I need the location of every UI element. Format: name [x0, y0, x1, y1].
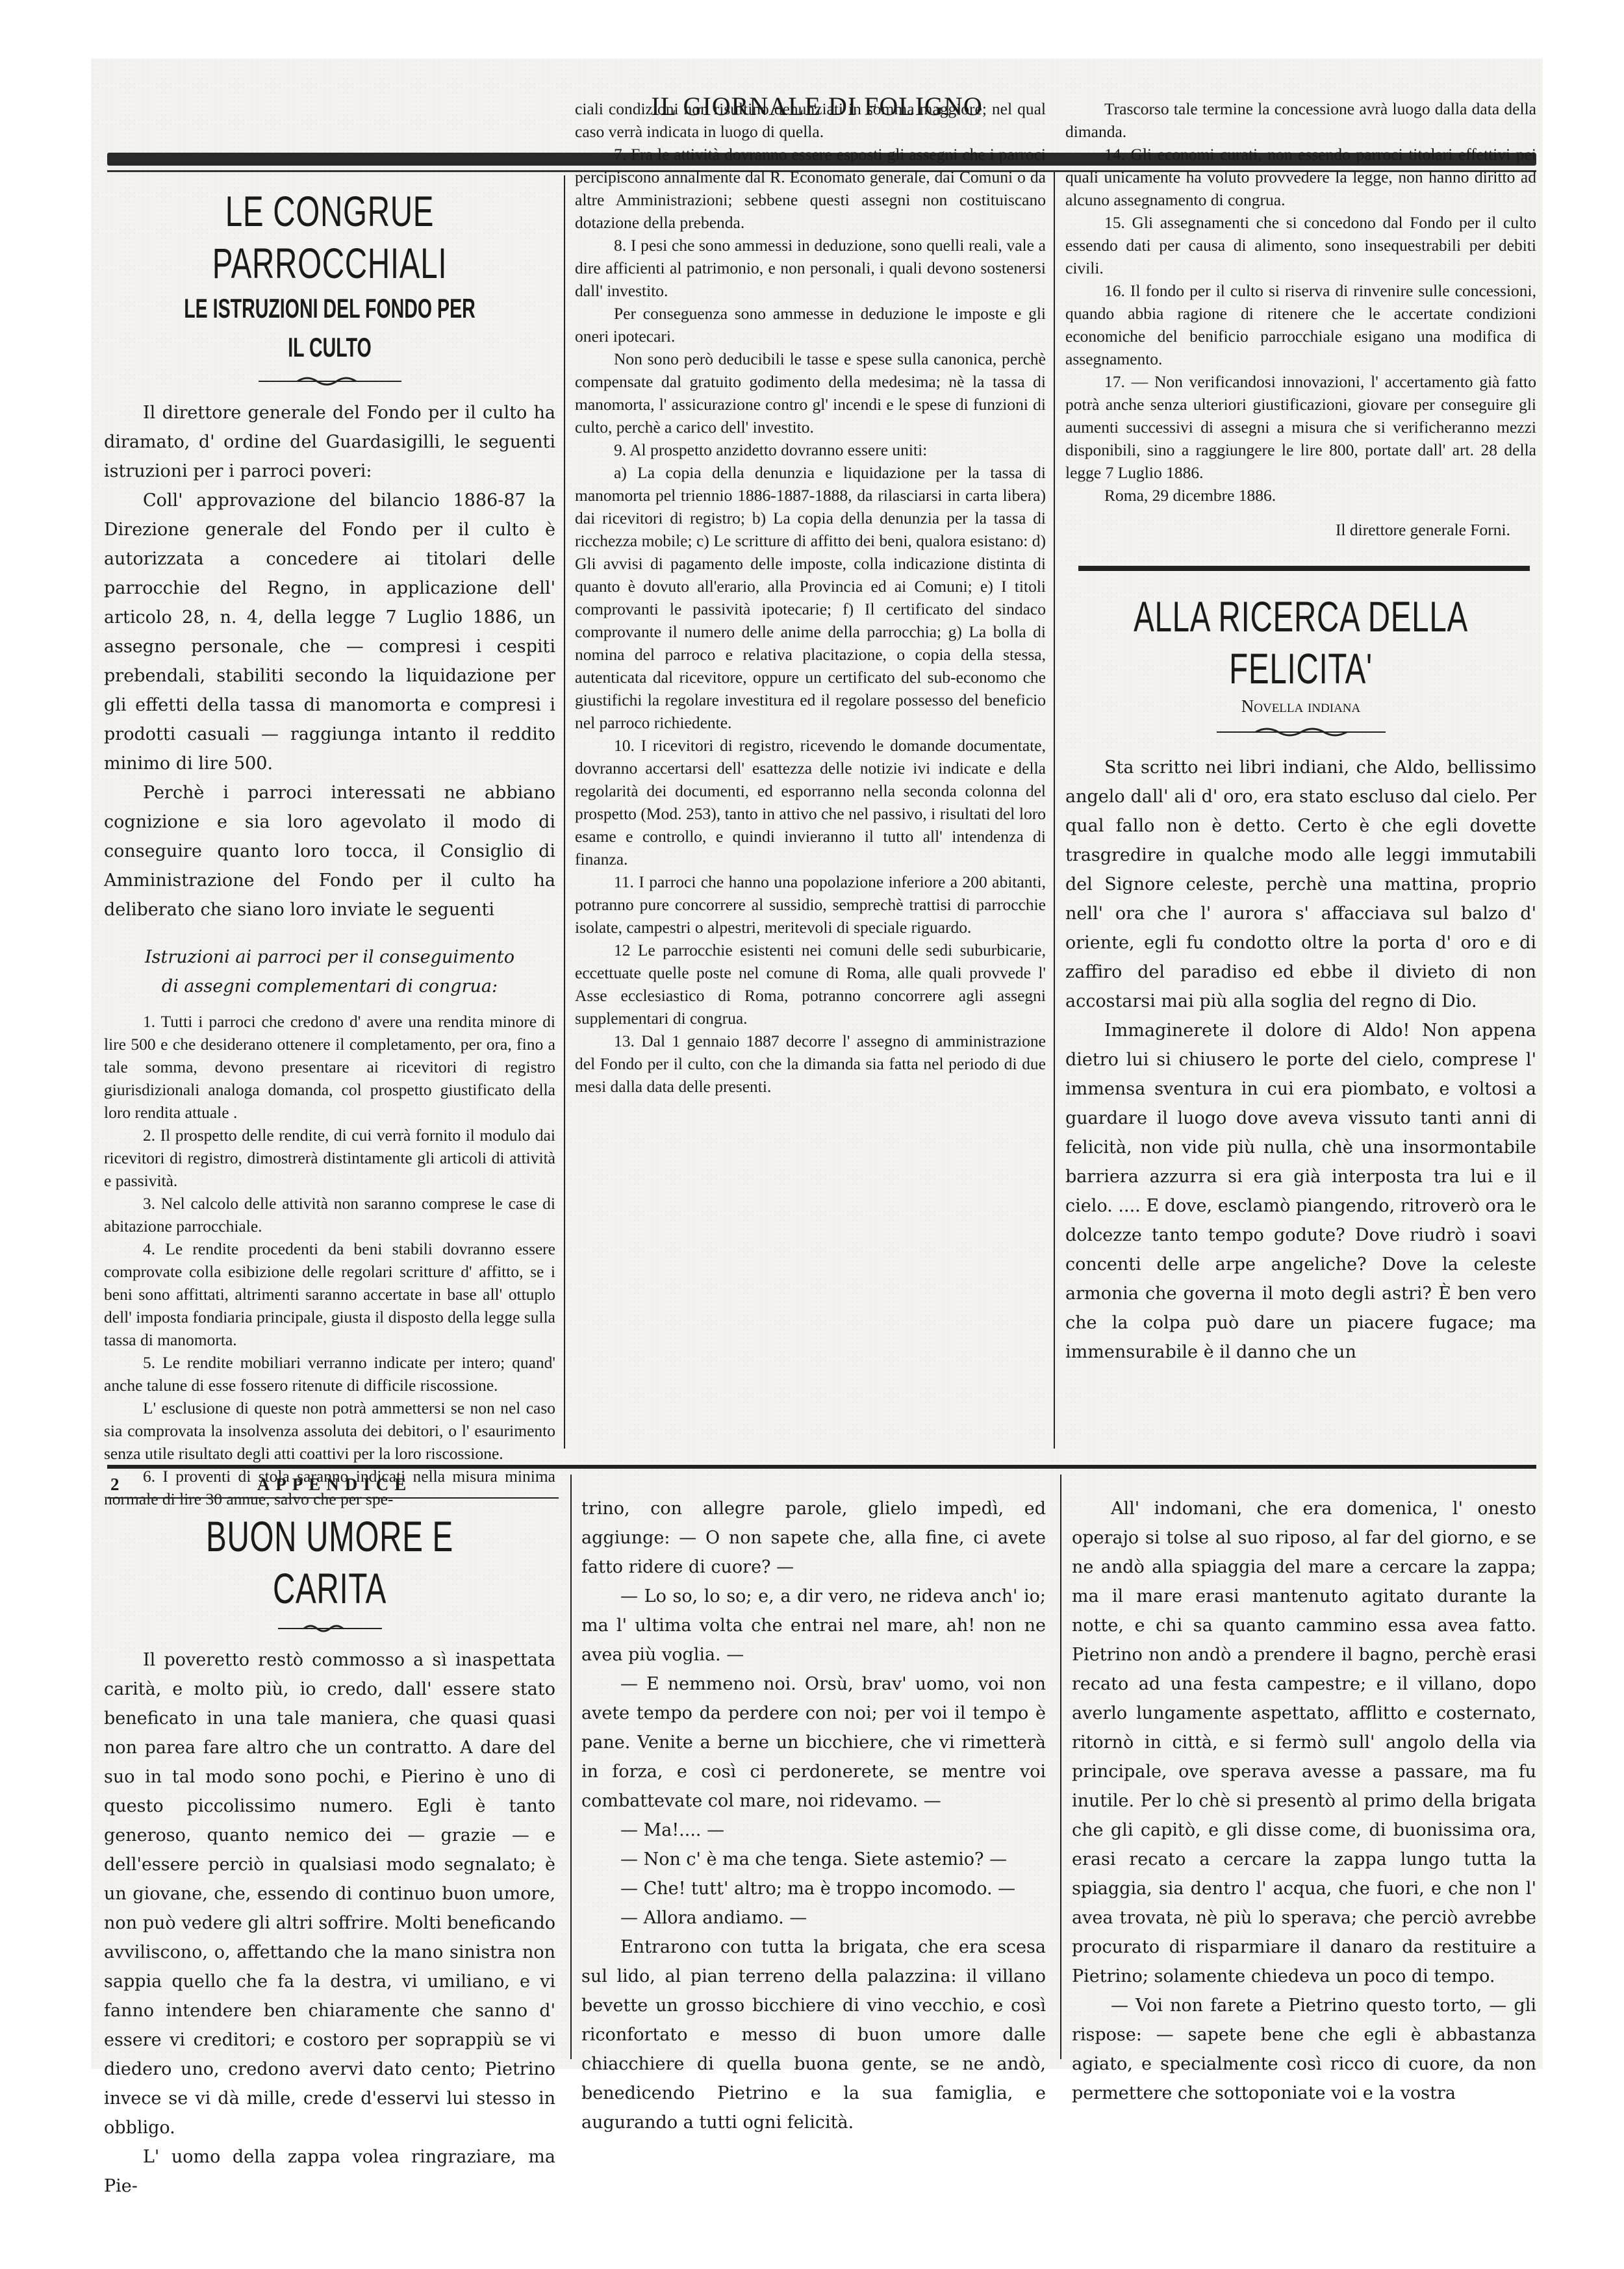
article-subheadline: LE ISTRUZIONI DEL FONDO PER IL CULTO	[176, 289, 483, 367]
section-rule	[1078, 566, 1530, 571]
instructions-title: Istruzioni ai parroci per il conseguimen…	[104, 943, 555, 972]
paragraph: Il poveretto restò commosso a sì inaspet…	[104, 1645, 555, 2142]
article-column-3: Trascorso tale termine la concessione av…	[1065, 97, 1536, 1367]
paragraph: Entrarono con tutta la brigata, che era …	[581, 1933, 1046, 2137]
dialogue-line: — Non c' è ma che tenga. Siete astemio? …	[581, 1845, 1046, 1874]
list-item: 8. I pesi che sono ammessi in deduzione,…	[575, 234, 1046, 302]
appendix-col3: All' indomani, che era domenica, l' ones…	[1072, 1494, 1536, 2108]
list-item: 15. Gli assegnamenti che si concedono da…	[1065, 211, 1536, 279]
list-item: L' esclusione di queste non potrà ammett…	[104, 1397, 555, 1465]
paragraph: All' indomani, che era domenica, l' ones…	[1072, 1494, 1536, 1991]
ornamental-flourish-icon	[278, 1621, 382, 1636]
column-divider	[564, 175, 565, 1449]
list-item: 14. Gli economi curati, non essendo parr…	[1065, 143, 1536, 211]
column-divider	[1054, 172, 1055, 1449]
list-item: a) La copia della denunzia e liquidazion…	[575, 461, 1046, 734]
list-item: 12 Le parrocchie esistenti nei comuni de…	[575, 939, 1046, 1030]
list-item: 17. — Non verificandosi innovazioni, l' …	[1065, 370, 1536, 484]
paragraph: Coll' approvazione del bilancio 1886-87 …	[104, 486, 555, 778]
signature: Il direttore generale Forni.	[1065, 518, 1536, 541]
list-item: 13. Dal 1 gennaio 1887 decorre l' assegn…	[575, 1030, 1046, 1098]
list-item: 16. Il fondo per il culto si riserva di …	[1065, 279, 1536, 370]
ornamental-flourish-icon	[259, 374, 401, 389]
column-divider	[570, 1475, 572, 2059]
article-headline: ALLA RICERCA DELLA FELICITA'	[1132, 590, 1471, 694]
dialogue-line: — E nemmeno noi. Orsù, brav' uomo, voi n…	[581, 1669, 1046, 1816]
article-headline: LE CONGRUE PARROCCHIALI	[167, 185, 492, 289]
paragraph: trino, con allegre parole, glielo impedì…	[581, 1494, 1046, 1582]
list-item: 4. Le rendite procedenti da beni stabili…	[104, 1237, 555, 1351]
list-item: Non sono però deducibili le tasse e spes…	[575, 348, 1046, 438]
paragraph: Perchè i parroci interessati ne abbiano …	[104, 778, 555, 924]
paragraph: L' uomo della zappa volea ringraziare, m…	[104, 2142, 555, 2201]
list-item: Per conseguenza sono ammesse in deduzion…	[575, 302, 1046, 348]
dialogue-line: — Allora andiamo. —	[581, 1903, 1046, 1933]
paragraph: Immaginerete il dolore di Aldo! Non appe…	[1065, 1016, 1536, 1367]
appendix-col2: trino, con allegre parole, glielo impedì…	[581, 1494, 1046, 2137]
dialogue-line: — Che! tutt' altro; ma è troppo incomodo…	[581, 1874, 1046, 1903]
list-item: 1. Tutti i parroci che credono d' avere …	[104, 1010, 555, 1124]
appendix-label: APPENDICE	[110, 1475, 559, 1495]
article-subheadline: Novella indiana	[1065, 694, 1536, 718]
ornamental-flourish-icon	[1217, 724, 1386, 740]
article-congrue-col1: LE CONGRUE PARROCCHIALI LE ISTRUZIONI DE…	[104, 185, 555, 1510]
article-congrue-col2: ciali condizioni non risultino denunziat…	[575, 97, 1046, 1098]
dateline: Roma, 29 dicembre 1886.	[1065, 484, 1536, 507]
list-item: 3. Nel calcolo delle attività non sarann…	[104, 1192, 555, 1237]
list-item: 11. I parroci che hanno una popolazione …	[575, 870, 1046, 939]
dialogue-line: — Lo so, lo so; e, a dir vero, ne rideva…	[581, 1582, 1046, 1669]
appendix-rule-top	[107, 1465, 1536, 1469]
appendix-headline: BUON UMORE E CARITA	[167, 1510, 492, 1614]
appendix-col1: BUON UMORE E CARITA Il poveretto restò c…	[104, 1510, 555, 2201]
dialogue-line: — Voi non farete a Pietrino questo torto…	[1072, 1991, 1536, 2108]
list-item: Trascorso tale termine la concessione av…	[1065, 97, 1536, 143]
column-divider	[1060, 1475, 1061, 2059]
paragraph: Il direttore generale del Fondo per il c…	[104, 398, 555, 486]
list-item: 10. I ricevitori di registro, ricevendo …	[575, 734, 1046, 870]
paragraph: ciali condizioni non risultino denunziat…	[575, 97, 1046, 143]
paragraph: Sta scritto nei libri indiani, che Aldo,…	[1065, 753, 1536, 1016]
list-item: 2. Il prospetto delle rendite, di cui ve…	[104, 1124, 555, 1192]
dialogue-line: — Ma!.... —	[581, 1816, 1046, 1845]
appendix-rule-bottom	[107, 1497, 559, 1499]
instructions-title: di assegni complementari di congrua:	[104, 972, 555, 1001]
list-item: 5. Le rendite mobiliari verranno indicat…	[104, 1351, 555, 1397]
list-item: 7. Fra le attività dovranno essere espos…	[575, 143, 1046, 234]
list-item: 9. Al prospetto anzidetto dovranno esser…	[575, 438, 1046, 461]
